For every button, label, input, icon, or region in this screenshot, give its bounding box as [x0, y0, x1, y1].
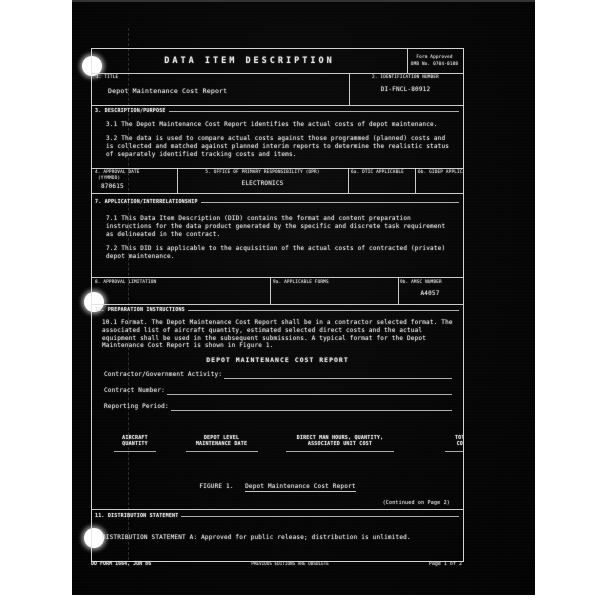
section-7-para-1: 7.1 This Data Item Description (DID) con…	[106, 215, 452, 238]
footer-editions-note: PREVIOUS EDITIONS ARE OBSOLETE	[251, 562, 329, 567]
section-10-para-1: 10.1 Format. The Depot Maintenance Cost …	[102, 319, 456, 350]
section-10-header-rule	[188, 310, 459, 311]
section-7-label: 7. APPLICATION/INTERRELATIONSHIP	[95, 199, 198, 205]
section-7-header-rule	[201, 202, 459, 203]
amsc-number-label: 9b. AMSC NUMBER	[400, 280, 442, 285]
col2-entry-line	[186, 451, 258, 452]
gidep-applicable-label: 6b. GIDEP APPLICABLE	[418, 170, 464, 175]
approval-date-sublabel: (YYMMDD)	[98, 176, 120, 181]
col2-header-line2: MAINTENANCE DATE	[174, 441, 269, 447]
col4-entry-line	[445, 451, 464, 452]
section-11-label: 11. DISTRIBUTION STATEMENT	[95, 513, 178, 519]
rule-under-header	[92, 73, 463, 74]
section-10-label: 10. PREPARATION INSTRUCTIONS	[95, 307, 185, 313]
divider-6a-6b	[415, 168, 416, 193]
id-field-value: DI-FNCL-80912	[349, 86, 462, 94]
rule-under-sec7	[92, 277, 463, 278]
rule-under-sec3	[92, 168, 463, 169]
approval-limitation-label: 8. APPROVAL LIMITATION	[95, 280, 156, 285]
col3-entry-line	[286, 451, 394, 452]
col1-entry-line	[114, 451, 156, 452]
form-title: DATA ITEM DESCRIPTION	[92, 56, 407, 66]
form-approved-line2: OMB No. 0704-0188	[407, 62, 462, 67]
divider-header-approved	[407, 49, 408, 73]
activity-field-label: Contractor/Government Activity:	[104, 371, 222, 379]
section-3-para-1: 3.1 The Depot Maintenance Cost Report id…	[106, 121, 456, 129]
scanned-page: DATA ITEM DESCRIPTION Form Approved OMB …	[0, 0, 600, 600]
contract-number-field-label: Contract Number:	[104, 387, 165, 395]
title-field-value: Depot Maintenance Cost Report	[108, 87, 227, 95]
opr-value: ELECTRONICS	[177, 180, 348, 188]
form-approved-line1: Form Approved	[407, 55, 462, 60]
reporting-period-field-label: Reporting Period:	[104, 403, 169, 411]
contract-number-blank-line	[167, 387, 452, 395]
activity-blank-line	[224, 371, 452, 379]
footer-page-number: Page 1 of 2	[429, 561, 462, 567]
form-footer: DD FORM 1664, JUN 86 PREVIOUS EDITIONS A…	[91, 561, 462, 567]
section-7-para-2: 7.2 This DID is applicable to the acquis…	[106, 245, 446, 261]
did-form-frame: DATA ITEM DESCRIPTION Form Approved OMB …	[91, 48, 464, 562]
id-field-label: 2. IDENTIFICATION NUMBER	[349, 75, 462, 80]
rule-under-row456	[92, 193, 463, 194]
continued-note: (Continued on Page 2)	[92, 500, 450, 506]
figure-report-heading: DEPOT MAINTENANCE COST REPORT	[92, 356, 463, 364]
col3-header-line2: ASSOCIATED UNIT COST	[274, 441, 406, 447]
section-3-header-rule	[169, 111, 459, 112]
dtic-applicable-label: 6a. DTIC APPLICABLE	[351, 170, 404, 175]
footer-form-number: DD FORM 1664, JUN 86	[91, 561, 151, 567]
col4-header-line2: COST	[438, 441, 464, 447]
section-3-para-2: 3.2 The data is used to compare actual c…	[106, 135, 456, 158]
rule-under-title	[92, 105, 463, 106]
amsc-number-value: A4057	[398, 290, 462, 298]
distribution-statement-text: DISTRIBUTION STATEMENT A: Approved for p…	[102, 534, 454, 542]
figure-caption-prefix: FIGURE 1.	[199, 483, 233, 490]
section-11-header-rule	[181, 516, 459, 517]
reporting-period-blank-line	[171, 403, 452, 411]
scan-edge-artifact	[72, 0, 535, 2]
section-3-label: 3. DESCRIPTION/PURPOSE	[95, 108, 166, 114]
figure-caption-title: Depot Maintenance Cost Report	[245, 483, 356, 492]
opr-label: 5. OFFICE OF PRIMARY RESPONSIBILITY (OPR…	[177, 170, 348, 175]
approval-date-value: 870615	[101, 183, 124, 191]
rule-under-sec10	[92, 509, 463, 510]
col1-header-line2: QUANTITY	[104, 441, 166, 447]
divider-8-9a	[270, 277, 271, 304]
approval-date-label: 4. APPROVAL DATE	[95, 170, 140, 175]
rule-under-row89	[92, 304, 463, 305]
divider-5-6a	[348, 168, 349, 193]
applicable-forms-label: 9a. APPLICABLE FORMS	[273, 280, 329, 285]
title-field-label: 1. TITLE	[96, 75, 118, 80]
